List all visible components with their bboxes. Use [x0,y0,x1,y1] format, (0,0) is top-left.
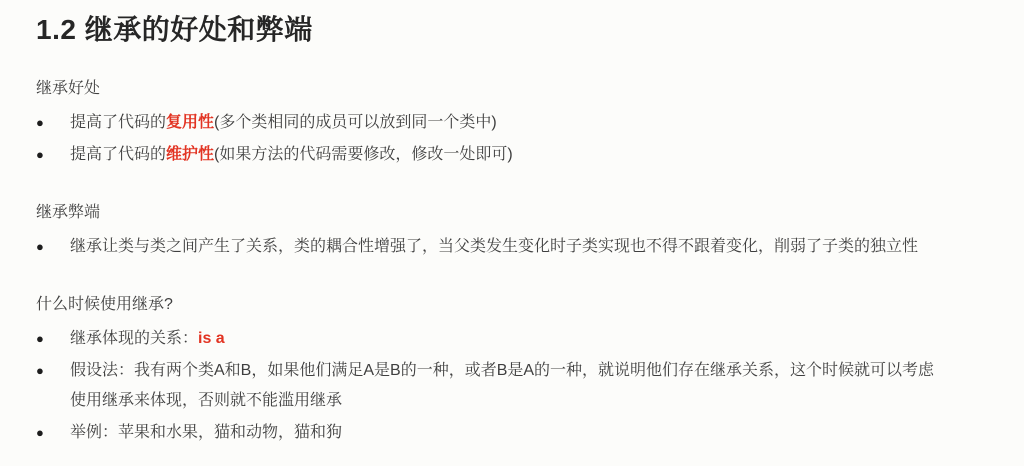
bullet-icon: ● [36,356,70,386]
list-item-is-a-relation: ● 继承体现的关系：is a [36,324,996,354]
list-item-text: 继承体现的关系：is a [70,324,992,354]
bullet-icon: ● [36,108,70,138]
section-drawbacks: 继承弊端 ● 继承让类与类之间产生了关系，类的耦合性增强了，当父类发生变化时子类… [36,202,996,262]
bullet-icon: ● [36,140,70,170]
text-segment: (如果方法的代码需要修改，修改一处即可) [214,146,513,163]
section-when-to-use: 什么时候使用继承? ● 继承体现的关系：is a ● 假设法：我有两个类A和B，… [36,294,996,448]
when-to-use-list: ● 继承体现的关系：is a ● 假设法：我有两个类A和B，如果他们满足A是B的… [36,324,996,448]
highlight-maintainability: 维护性 [166,146,214,163]
text-line: 使用继承来体现，否则就不能滥用继承 [70,386,992,416]
list-item-maintainability: ● 提高了代码的维护性(如果方法的代码需要修改，修改一处即可) [36,140,996,170]
section-heading-drawbacks: 继承弊端 [36,202,996,224]
section-heading-when-to-use: 什么时候使用继承? [36,294,996,316]
text-segment: 提高了代码的 [70,146,166,163]
document-page: 1.2 继承的好处和弊端 继承好处 ● 提高了代码的复用性(多个类相同的成员可以… [0,0,1024,466]
page-title: 1.2 继承的好处和弊端 [36,14,996,46]
list-item-reusability: ● 提高了代码的复用性(多个类相同的成员可以放到同一个类中) [36,108,996,138]
bullet-icon: ● [36,324,70,354]
text-line: 假设法：我有两个类A和B，如果他们满足A是B的一种，或者B是A的一种，就说明他们… [70,356,992,386]
highlight-reusability: 复用性 [166,114,214,131]
list-item-text: 继承让类与类之间产生了关系，类的耦合性增强了，当父类发生变化时子类实现也不得不跟… [70,232,992,262]
benefits-list: ● 提高了代码的复用性(多个类相同的成员可以放到同一个类中) ● 提高了代码的维… [36,108,996,170]
highlight-is-a: is a [198,330,225,347]
text-segment: (多个类相同的成员可以放到同一个类中) [214,114,497,131]
list-item-text: 假设法：我有两个类A和B，如果他们满足A是B的一种，或者B是A的一种，就说明他们… [70,356,992,416]
list-item-text: 举例：苹果和水果，猫和动物，猫和狗 [70,418,992,448]
list-item-coupling: ● 继承让类与类之间产生了关系，类的耦合性增强了，当父类发生变化时子类实现也不得… [36,232,996,262]
list-item-hypothesis-method: ● 假设法：我有两个类A和B，如果他们满足A是B的一种，或者B是A的一种，就说明… [36,356,996,416]
section-benefits: 继承好处 ● 提高了代码的复用性(多个类相同的成员可以放到同一个类中) ● 提高… [36,78,996,170]
list-item-text: 提高了代码的复用性(多个类相同的成员可以放到同一个类中) [70,108,992,138]
section-heading-benefits: 继承好处 [36,78,996,100]
text-segment: 提高了代码的 [70,114,166,131]
drawbacks-list: ● 继承让类与类之间产生了关系，类的耦合性增强了，当父类发生变化时子类实现也不得… [36,232,996,262]
list-item-examples: ● 举例：苹果和水果，猫和动物，猫和狗 [36,418,996,448]
list-item-text: 提高了代码的维护性(如果方法的代码需要修改，修改一处即可) [70,140,992,170]
text-segment: 继承体现的关系： [70,330,198,347]
bullet-icon: ● [36,232,70,262]
bullet-icon: ● [36,418,70,448]
